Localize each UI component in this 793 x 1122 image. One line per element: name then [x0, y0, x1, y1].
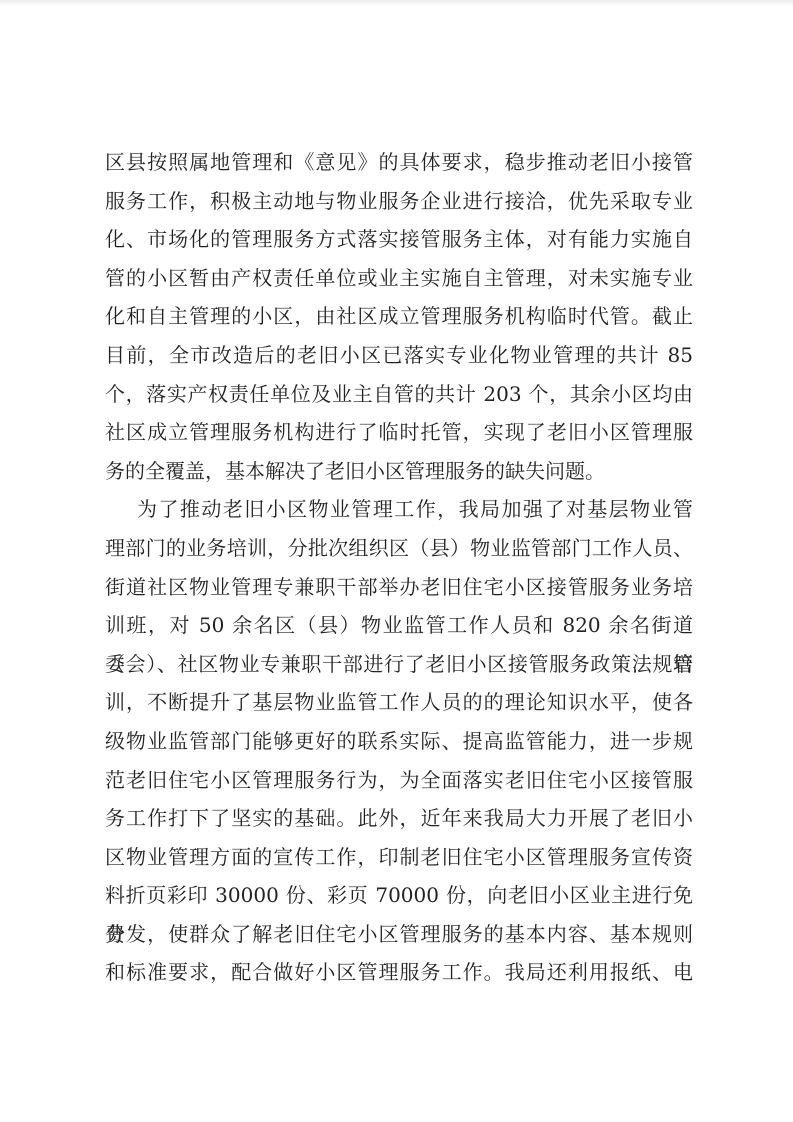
text-line: 训，不断提升了基层物业监管工作人员的的理论知识水平，使各 — [105, 683, 693, 722]
paragraph: 为了推动老旧小区物业管理工作，我局加强了对基层物业管理部门的业务培训，分批次组织… — [105, 490, 693, 992]
text-line: 为了推动老旧小区物业管理工作，我局加强了对基层物业管 — [105, 490, 693, 529]
text-line: 化、市场化的管理服务方式落实接管服务主体，对有能力实施自 — [105, 220, 693, 259]
scan-edge-shadow — [0, 0, 793, 6]
text-line: 区物业管理方面的宣传工作，印制老旧住宅小区管理服务宣传资 — [105, 838, 693, 877]
text-line: 范老旧住宅小区管理服务行为，为全面落实老旧住宅小区接管服 — [105, 761, 693, 800]
text-line: 理部门的业务培训，分批次组织区（县）物业监管部门工作人员、 — [105, 529, 693, 568]
text-line: 委会）、社区物业专兼职干部进行了老旧小区接管服务政策法规培 — [105, 645, 693, 684]
text-line: 分发，使群众了解老旧住宅小区管理服务的基本内容、基本规则 — [105, 915, 693, 954]
text-line: 和标准要求，配合做好小区管理服务工作。我局还利用报纸、电 — [105, 953, 693, 992]
text-line: 社区成立管理服务机构进行了临时托管，实现了老旧小区管理服 — [105, 413, 693, 452]
body-text: 区县按照属地管理和《意见》的具体要求，稳步推动老旧小接管服务工作，积极主动地与物… — [105, 143, 693, 992]
text-line: 化和自主管理的小区，由社区成立管理服务机构临时代管。截止 — [105, 297, 693, 336]
text-line: 目前，全市改造后的老旧小区已落实专业化物业管理的共计 85 — [105, 336, 693, 375]
text-line: 个，落实产权责任单位及业主自管的共计 203 个，其余小区均由 — [105, 375, 693, 414]
text-line: 街道社区物业管理专兼职干部举办老旧住宅小区接管服务业务培 — [105, 568, 693, 607]
text-line: 训班，对 50 余名区（县）物业监管工作人员和 820 余名街道（管 — [105, 606, 693, 645]
text-line: 管的小区暂由产权责任单位或业主实施自主管理，对未实施专业 — [105, 259, 693, 298]
text-line: 务工作打下了坚实的基础。此外，近年来我局大力开展了老旧小 — [105, 799, 693, 838]
text-line: 料折页彩印 30000 份、彩页 70000 份，向老旧小区业主进行免费 — [105, 876, 693, 915]
paragraph: 区县按照属地管理和《意见》的具体要求，稳步推动老旧小接管服务工作，积极主动地与物… — [105, 143, 693, 490]
text-line: 级物业监管部门能够更好的联系实际、提高监管能力，进一步规 — [105, 722, 693, 761]
document-page: 区县按照属地管理和《意见》的具体要求，稳步推动老旧小接管服务工作，积极主动地与物… — [0, 0, 793, 1122]
text-line: 服务工作，积极主动地与物业服务企业进行接洽，优先采取专业 — [105, 182, 693, 221]
text-line: 务的全覆盖，基本解决了老旧小区管理服务的缺失问题。 — [105, 452, 693, 491]
text-line: 区县按照属地管理和《意见》的具体要求，稳步推动老旧小接管 — [105, 143, 693, 182]
